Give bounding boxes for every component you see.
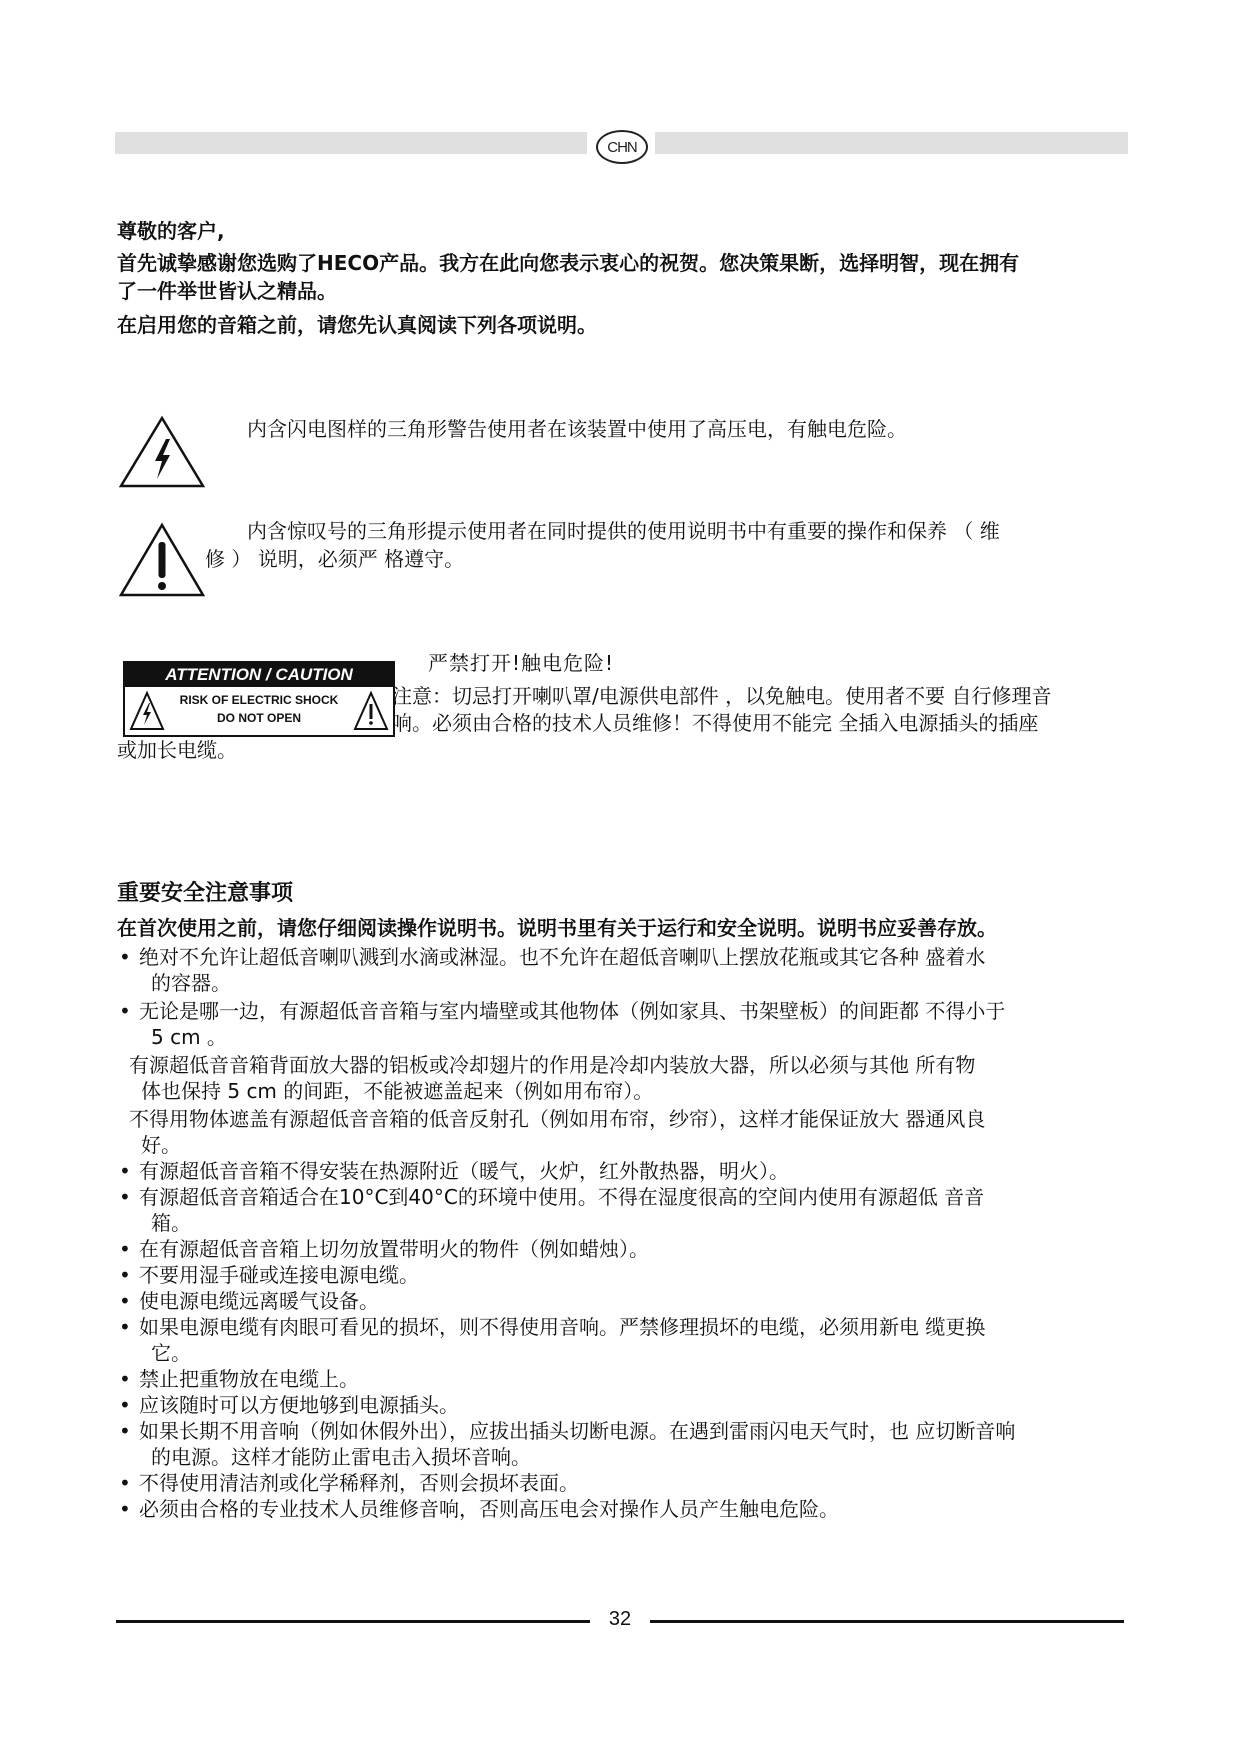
bullet-icon: • [119, 1184, 131, 1210]
bullet-icon: • [119, 1496, 131, 1522]
exclamation-warning-triangle-icon [353, 691, 389, 731]
list-item: • 有源超低音音箱不得安装在热源附近（暖气，火炉，红外散热器，明火）。 [117, 1158, 1137, 1184]
exclamation-symbol-text-line-1: 内含惊叹号的三角形提示使用者在同时提供的使用说明书中有重要的操作和保养 （ 维 [247, 518, 1000, 545]
list-item: • 应该随时可以方便地够到电源插头。 [117, 1392, 1137, 1418]
list-item-line: 箱。 [139, 1210, 1137, 1236]
list-item-line: 不得用物体遮盖有源超低音音箱的低音反射孔（例如用布帘，纱帘），这样才能保证放大 … [129, 1106, 1137, 1132]
list-item-line: 如果电源电缆有肉眼可看见的损坏，则不得使用音响。严禁修理损坏的电缆，必须用新电 … [139, 1314, 1137, 1340]
thanks-line-1: 首先诚挚感谢您选购了HECO产品。我方在此向您表示衷心的祝贺。您决策果断，选择明… [117, 250, 1019, 277]
caution-label: ATTENTION / CAUTION RISK OF ELECTRIC SHO… [123, 661, 395, 737]
exclamation-warning-triangle-icon [118, 522, 206, 598]
list-item: • 不要用湿手碰或连接电源电缆。 [117, 1262, 1137, 1288]
list-item: • 绝对不允许让超低音喇叭溅到水滴或淋湿。也不允许在超低音喇叭上摆放花瓶或其它各… [117, 944, 1137, 996]
list-item-line: 必须由合格的专业技术人员维修音响，否则高压电会对操作人员产生触电危险。 [139, 1496, 1137, 1522]
list-item-line: 5 cm 。 [139, 1024, 1137, 1050]
list-item: • 使电源电缆远离暖气设备。 [117, 1288, 1137, 1314]
region-badge: CHN [596, 130, 648, 164]
bullet-icon: • [119, 1262, 131, 1288]
lightning-warning-triangle-icon [118, 415, 206, 489]
bullet-icon: • [119, 998, 131, 1024]
bullet-icon: • [119, 1470, 131, 1496]
region-badge-label: CHN [607, 139, 637, 156]
bullet-icon: • [119, 1314, 131, 1340]
list-item: • 在有源超低音音箱上切勿放置带明火的物件（例如蜡烛）。 [117, 1236, 1137, 1262]
lightning-symbol-text: 内含闪电图样的三角形警告使用者在该装置中使用了高压电，有触电危险。 [247, 416, 907, 443]
list-item-line: 绝对不允许让超低音喇叭溅到水滴或淋湿。也不允许在超低音喇叭上摆放花瓶或其它各种 … [139, 944, 1137, 970]
caution-text-line-3: 或加长电缆。 [117, 737, 237, 764]
list-item: • 有源超低音音箱适合在10°C到40°C的环境中使用。不得在湿度很高的空间内使… [117, 1184, 1137, 1236]
list-item-line: 不得使用清洁剂或化学稀释剂，否则会损坏表面。 [139, 1470, 1137, 1496]
bullet-icon: • [119, 1418, 131, 1444]
bullet-icon: • [119, 1236, 131, 1262]
header-bar-left [115, 132, 587, 154]
list-item: • 不得使用清洁剂或化学稀释剂，否则会损坏表面。 [117, 1470, 1137, 1496]
list-item-line: 如果长期不用音响（例如休假外出），应拔出插头切断电源。在遇到雷雨闪电天气时，也 … [139, 1418, 1137, 1444]
read-first-note: 在启用您的音箱之前，请您先认真阅读下列各项说明。 [117, 312, 597, 339]
list-item: 不得用物体遮盖有源超低音音箱的低音反射孔（例如用布帘，纱帘），这样才能保证放大 … [117, 1106, 1137, 1158]
list-item-line: 的电源。这样才能防止雷电击入损坏音响。 [139, 1444, 1137, 1470]
bullet-icon: • [119, 1366, 131, 1392]
bullet-icon: • [119, 944, 131, 970]
caution-heading: 严禁打开!触电危险! [428, 650, 614, 677]
header-bar-right [655, 132, 1128, 154]
list-item: • 禁止把重物放在电缆上。 [117, 1366, 1137, 1392]
list-item-line: 无论是哪一边，有源超低音音箱与室内墙壁或其他物体（例如家具、书架壁板）的间距都 … [139, 998, 1137, 1024]
list-item-line: 的容器。 [139, 970, 1137, 996]
safety-list: • 绝对不允许让超低音喇叭溅到水滴或淋湿。也不允许在超低音喇叭上摆放花瓶或其它各… [117, 944, 1137, 1522]
exclamation-symbol-text-line-2: 修 ） 说明，必须严 格遵守。 [205, 546, 464, 573]
list-item-line: 应该随时可以方便地够到电源插头。 [139, 1392, 1137, 1418]
footer-rule-left [116, 1620, 590, 1623]
list-item: • 必须由合格的专业技术人员维修音响，否则高压电会对操作人员产生触电危险。 [117, 1496, 1137, 1522]
list-item-line: 使电源电缆远离暖气设备。 [139, 1288, 1137, 1314]
caution-text-line-2: 响。必须由合格的技术人员维修！不得使用不能完 全插入电源插头的插座 [392, 710, 1038, 737]
bullet-icon: • [119, 1288, 131, 1314]
list-item-line: 禁止把重物放在电缆上。 [139, 1366, 1137, 1392]
footer-rule-right [650, 1620, 1124, 1623]
bullet-icon: • [119, 1158, 131, 1184]
list-item: 有源超低音音箱背面放大器的铝板或冷却翅片的作用是冷却内装放大器，所以必须与其他 … [117, 1052, 1137, 1104]
safety-section-intro: 在首次使用之前，请您仔细阅读操作说明书。说明书里有关于运行和安全说明。说明书应妥… [117, 912, 997, 941]
list-item-line: 有源超低音音箱适合在10°C到40°C的环境中使用。不得在湿度很高的空间内使用有… [139, 1184, 1137, 1210]
list-item-line: 有源超低音音箱不得安装在热源附近（暖气，火炉，红外散热器，明火）。 [139, 1158, 1137, 1184]
list-item: • 如果电源电缆有肉眼可看见的损坏，则不得使用音响。严禁修理损坏的电缆，必须用新… [117, 1314, 1137, 1366]
list-item: • 如果长期不用音响（例如休假外出），应拔出插头切断电源。在遇到雷雨闪电天气时，… [117, 1418, 1137, 1470]
list-item: • 无论是哪一边，有源超低音音箱与室内墙壁或其他物体（例如家具、书架壁板）的间距… [117, 998, 1137, 1050]
page-number: 32 [600, 1608, 640, 1631]
safety-section-title: 重要安全注意事项 [117, 876, 293, 907]
caution-text-line-1: 注意：切忌打开喇叭罩/电源供电部件 ，以免触电。使用者不要 自行修理音 [392, 683, 1051, 710]
caution-label-title: ATTENTION / CAUTION [125, 663, 393, 687]
list-item-line: 有源超低音音箱背面放大器的铝板或冷却翅片的作用是冷却内装放大器，所以必须与其他 … [129, 1052, 1137, 1078]
list-item-line: 不要用湿手碰或连接电源电缆。 [139, 1262, 1137, 1288]
greeting: 尊敬的客户, [117, 218, 225, 245]
list-item-line: 好。 [129, 1132, 1137, 1158]
list-item-line: 在有源超低音音箱上切勿放置带明火的物件（例如蜡烛）。 [139, 1236, 1137, 1262]
list-item-line: 它。 [139, 1340, 1137, 1366]
list-item-line: 体也保持 5 cm 的间距，不能被遮盖起来（例如用布帘）。 [129, 1078, 1137, 1104]
thanks-line-2: 了一件举世皆认之精品。 [117, 278, 337, 305]
bullet-icon: • [119, 1392, 131, 1418]
